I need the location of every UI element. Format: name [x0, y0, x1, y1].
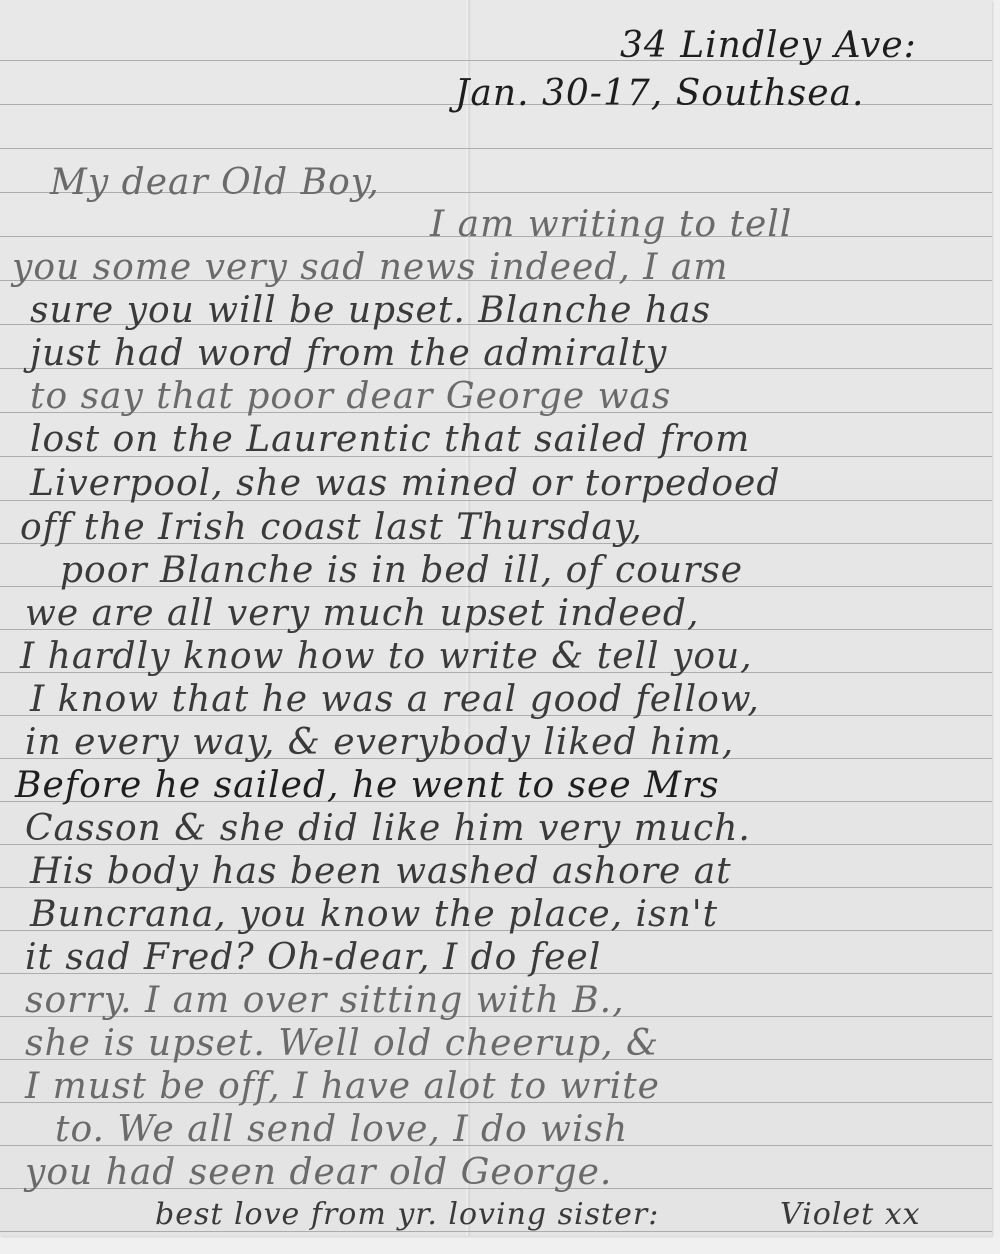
letter-address: 34 Lindley Ave: [620, 28, 917, 64]
body-line: to. We all send love, I do wish [55, 1112, 628, 1148]
letter-page: 34 Lindley Ave: Jan. 30-17, Southsea. My… [0, 0, 992, 1236]
body-line: it sad Fred? Oh-dear, I do feel [25, 940, 601, 976]
body-line: she is upset. Well old cheerup, & [25, 1026, 659, 1062]
letter-date-place: Jan. 30-17, Southsea. [455, 76, 865, 112]
body-line: we are all very much upset indeed, [25, 596, 699, 632]
body-line: in every way, & everybody liked him, [25, 725, 734, 761]
body-line: I am writing to tell [430, 207, 792, 243]
letter-signature: Violet xx [780, 1200, 921, 1230]
body-line: sure you will be upset. Blanche has [30, 293, 711, 329]
body-line: sorry. I am over sitting with B., [25, 983, 625, 1019]
body-line: poor Blanche is in bed ill, of course [60, 553, 743, 589]
body-line: I know that he was a real good fellow, [30, 682, 760, 718]
body-line: off the Irish coast last Thursday, [20, 510, 643, 546]
ruled-line [0, 148, 992, 149]
body-line: lost on the Laurentic that sailed from [30, 422, 750, 458]
body-line: to say that poor dear George was [30, 379, 671, 415]
letter-closing: best love from yr. loving sister: [155, 1200, 659, 1230]
body-line: Buncrana, you know the place, isn't [30, 897, 718, 933]
body-line: Before he sailed, he went to see Mrs [15, 768, 720, 804]
letter-salutation: My dear Old Boy, [50, 165, 380, 201]
body-line: Liverpool, she was mined or torpedoed [30, 466, 780, 502]
body-line: you some very sad news indeed, I am [12, 250, 729, 286]
body-line: you had seen dear old George. [25, 1155, 612, 1191]
body-line: just had word from the admiralty [30, 336, 667, 372]
body-line: Casson & she did like him very much. [25, 811, 751, 847]
body-line: I hardly know how to write & tell you, [20, 639, 753, 675]
body-line: His body has been washed ashore at [30, 854, 732, 890]
body-line: I must be off, I have alot to write [25, 1069, 660, 1105]
